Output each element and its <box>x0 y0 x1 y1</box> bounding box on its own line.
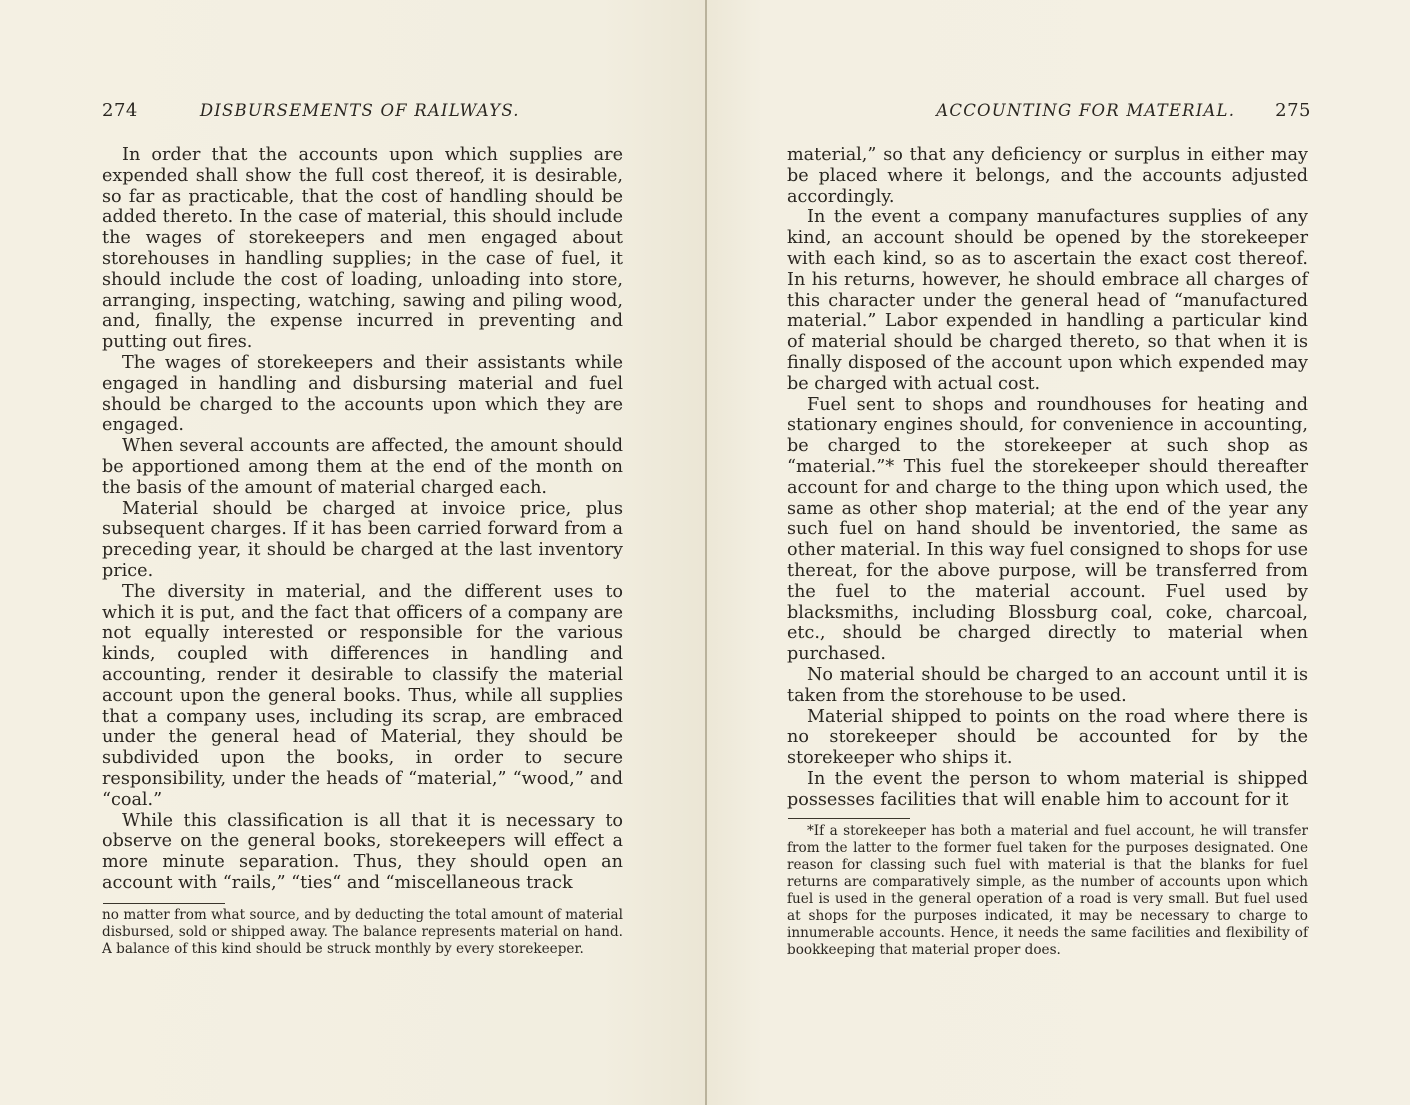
paragraph: Material shipped to points on the road w… <box>787 707 1308 769</box>
paragraph: When several accounts are affected, the … <box>102 436 623 498</box>
paragraph: No material should be charged to an acco… <box>787 665 1308 707</box>
paragraph: The wages of storekeepers and their assi… <box>102 353 623 436</box>
right-footnote: *If a storekeeper has both a material an… <box>787 823 1308 959</box>
paragraph: Material should be charged at invoice pr… <box>102 499 623 582</box>
paragraph: The diversity in material, and the diffe… <box>102 582 623 811</box>
paragraph: In the event the person to whom material… <box>787 769 1308 811</box>
continuation-paragraph: material,” so that any deficiency or sur… <box>787 145 1308 207</box>
left-page-body: In order that the accounts upon which su… <box>102 145 623 894</box>
paragraph: In the event a company manufactures supp… <box>787 207 1308 394</box>
page-number: 274 <box>102 100 138 121</box>
footnote-rule <box>788 818 910 819</box>
paragraph: Fuel sent to shops and roundhouses for h… <box>787 395 1308 665</box>
left-page-header: 274 DISBURSEMENTS OF RAILWAYS. <box>102 100 622 121</box>
running-head: ACCOUNTING FOR MATERIAL. <box>936 101 1235 120</box>
paragraph: In order that the accounts upon which su… <box>102 145 623 353</box>
book-gutter <box>705 0 707 1105</box>
footnote-text: no matter from what source, and by deduc… <box>102 907 623 958</box>
paragraph: While this classification is all that it… <box>102 811 623 894</box>
right-page-header: ACCOUNTING FOR MATERIAL. 275 <box>706 100 1311 121</box>
footnote-text: *If a storekeeper has both a material an… <box>787 823 1308 959</box>
page-number: 275 <box>1275 100 1311 121</box>
left-footnote: no matter from what source, and by deduc… <box>102 907 623 958</box>
right-page-body: material,” so that any deficiency or sur… <box>787 145 1308 811</box>
footnote-rule <box>103 903 225 904</box>
running-head: DISBURSEMENTS OF RAILWAYS. <box>200 101 520 120</box>
left-page: 274 DISBURSEMENTS OF RAILWAYS. In order … <box>0 0 706 1105</box>
